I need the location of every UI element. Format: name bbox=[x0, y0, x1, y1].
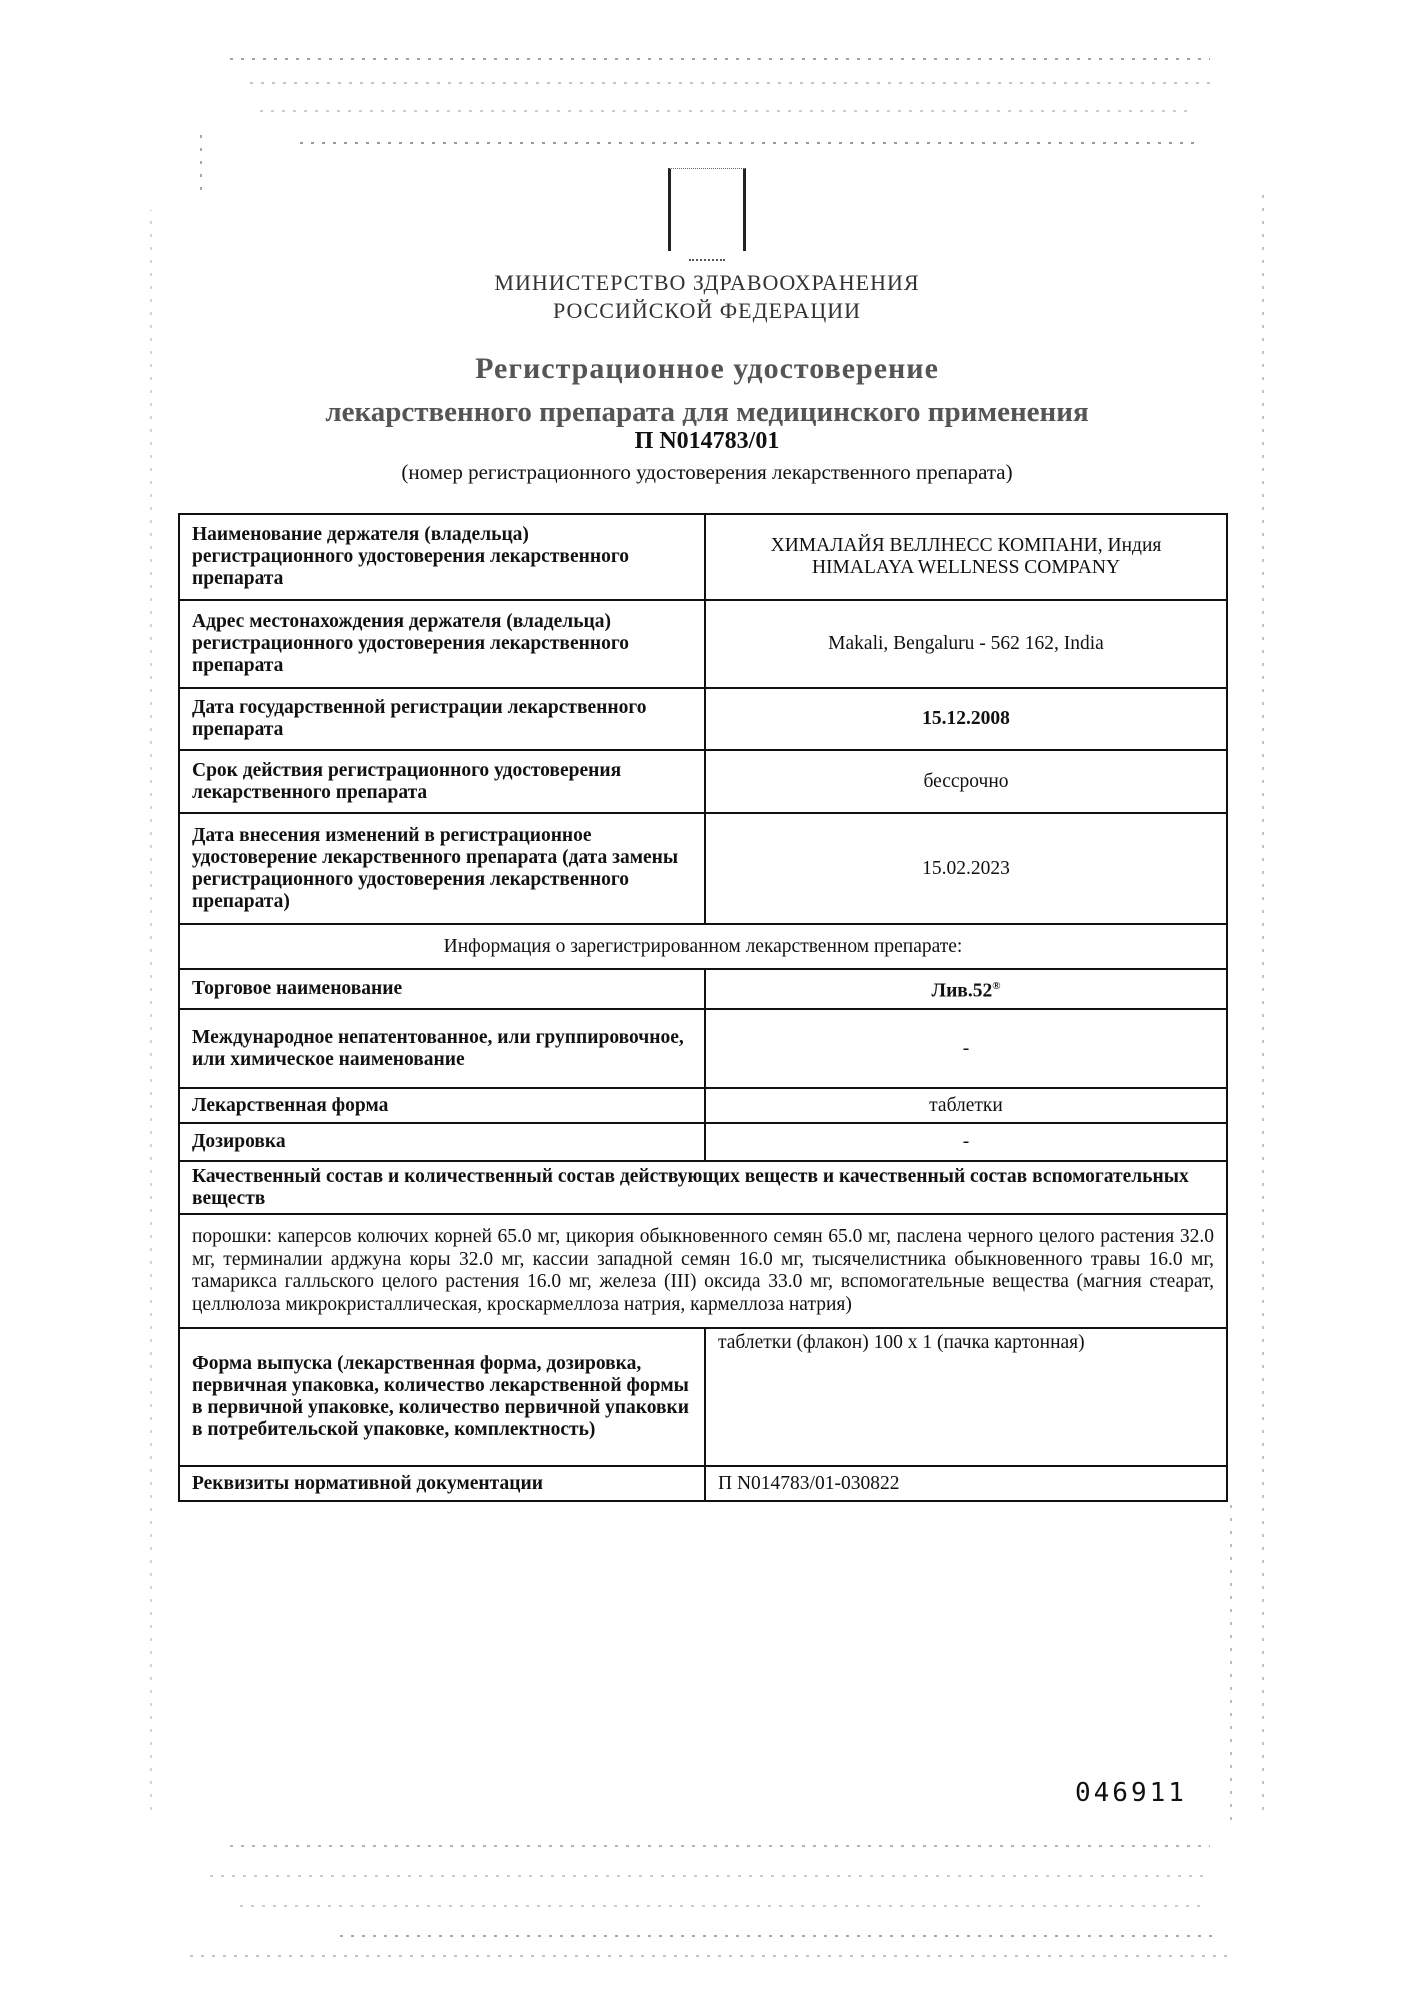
ministry-name-line2: РОССИЙСКОЙ ФЕДЕРАЦИИ bbox=[0, 298, 1414, 324]
table-row-composition: порошки: каперсов колючих корней 65.0 мг… bbox=[179, 1214, 1227, 1328]
table-row-validity: Срок действия регистрационного удостовер… bbox=[179, 750, 1227, 813]
normative-doc-value: П N014783/01-030822 bbox=[705, 1466, 1227, 1501]
table-row-inn: Международное непатентованное, или групп… bbox=[179, 1009, 1227, 1088]
registration-table: Наименование держателя (владельца) регис… bbox=[178, 513, 1228, 1502]
document-subtitle: лекарственного препарата для медицинског… bbox=[0, 396, 1414, 429]
decorative-left-border bbox=[200, 130, 202, 190]
release-form-label: Форма выпуска (лекарственная форма, дози… bbox=[179, 1328, 705, 1466]
decorative-bottom-border bbox=[230, 1845, 1210, 1847]
registration-number: П N014783/01 bbox=[0, 428, 1414, 455]
holder-value: ХИМАЛАЙЯ ВЕЛЛНЕСС КОМПАНИ, Индия HIMALAY… bbox=[705, 514, 1227, 600]
table-row-address: Адрес местонахождения держателя (владель… bbox=[179, 600, 1227, 688]
info-section-header: Информация о зарегистрированном лекарств… bbox=[179, 924, 1227, 969]
registration-date-label: Дата государственной регистрации лекарст… bbox=[179, 688, 705, 750]
table-row-trade-name: Торговое наименование Лив.52® bbox=[179, 969, 1227, 1009]
normative-doc-label: Реквизиты нормативной документации bbox=[179, 1466, 705, 1501]
table-row-holder: Наименование держателя (владельца) регис… bbox=[179, 514, 1227, 600]
decorative-bottom-border bbox=[190, 1955, 1230, 1957]
decorative-top-border bbox=[230, 58, 1210, 60]
validity-label: Срок действия регистрационного удостовер… bbox=[179, 750, 705, 813]
release-form-value: таблетки (флакон) 100 х 1 (пачка картонн… bbox=[705, 1328, 1227, 1466]
document-serial-number: 046911 bbox=[1075, 1778, 1187, 1808]
composition-label: Качественный состав и количественный сос… bbox=[179, 1161, 1227, 1214]
trade-name-label: Торговое наименование bbox=[179, 969, 705, 1009]
validity-value: бессрочно bbox=[705, 750, 1227, 813]
decorative-bottom-border bbox=[210, 1875, 1210, 1877]
table-row-release-form: Форма выпуска (лекарственная форма, дози… bbox=[179, 1328, 1227, 1466]
trade-name-value: Лив.52® bbox=[705, 969, 1227, 1009]
changes-date-value: 15.02.2023 bbox=[705, 813, 1227, 924]
holder-value-en: HIMALAYA WELLNESS COMPANY bbox=[718, 557, 1214, 579]
registered-trademark-icon: ® bbox=[992, 980, 1000, 992]
holder-value-ru: ХИМАЛАЙЯ ВЕЛЛНЕСС КОМПАНИ, Индия bbox=[718, 535, 1214, 557]
inn-value: - bbox=[705, 1009, 1227, 1088]
dosage-label: Дозировка bbox=[179, 1123, 705, 1161]
decorative-bottom-border bbox=[340, 1935, 1220, 1937]
holder-label: Наименование держателя (владельца) регис… bbox=[179, 514, 705, 600]
trade-name-text: Лив.52 bbox=[932, 981, 993, 1002]
decorative-bottom-border bbox=[240, 1905, 1200, 1907]
document-title: Регистрационное удостоверение bbox=[0, 352, 1414, 386]
decorative-top-border bbox=[250, 82, 1210, 84]
dosage-form-value: таблетки bbox=[705, 1088, 1227, 1123]
address-label: Адрес местонахождения держателя (владель… bbox=[179, 600, 705, 688]
table-row-dosage: Дозировка - bbox=[179, 1123, 1227, 1161]
table-row-normative-doc: Реквизиты нормативной документации П N01… bbox=[179, 1466, 1227, 1501]
address-value: Makali, Bengaluru - 562 162, India bbox=[705, 600, 1227, 688]
table-row-registration-date: Дата государственной регистрации лекарст… bbox=[179, 688, 1227, 750]
dosage-value: - bbox=[705, 1123, 1227, 1161]
registration-number-caption: (номер регистрационного удостоверения ле… bbox=[0, 460, 1414, 485]
table-row-changes-date: Дата внесения изменений в регистрационно… bbox=[179, 813, 1227, 924]
ministry-name-line1: МИНИСТЕРСТВО ЗДРАВООХРАНЕНИЯ bbox=[0, 270, 1414, 296]
dosage-form-label: Лекарственная форма bbox=[179, 1088, 705, 1123]
inn-label: Международное непатентованное, или групп… bbox=[179, 1009, 705, 1088]
composition-value: порошки: каперсов колючих корней 65.0 мг… bbox=[179, 1214, 1227, 1328]
table-row-info-header: Информация о зарегистрированном лекарств… bbox=[179, 924, 1227, 969]
changes-date-label: Дата внесения изменений в регистрационно… bbox=[179, 813, 705, 924]
table-row-dosage-form: Лекарственная форма таблетки bbox=[179, 1088, 1227, 1123]
table-row-composition-header: Качественный состав и количественный сос… bbox=[179, 1161, 1227, 1214]
registration-date-value: 15.12.2008 bbox=[705, 688, 1227, 750]
decorative-right-margin bbox=[1230, 1500, 1232, 1820]
coat-of-arms-emblem-icon bbox=[668, 168, 746, 251]
decorative-top-border bbox=[260, 110, 1190, 112]
decorative-top-border bbox=[300, 142, 1200, 144]
